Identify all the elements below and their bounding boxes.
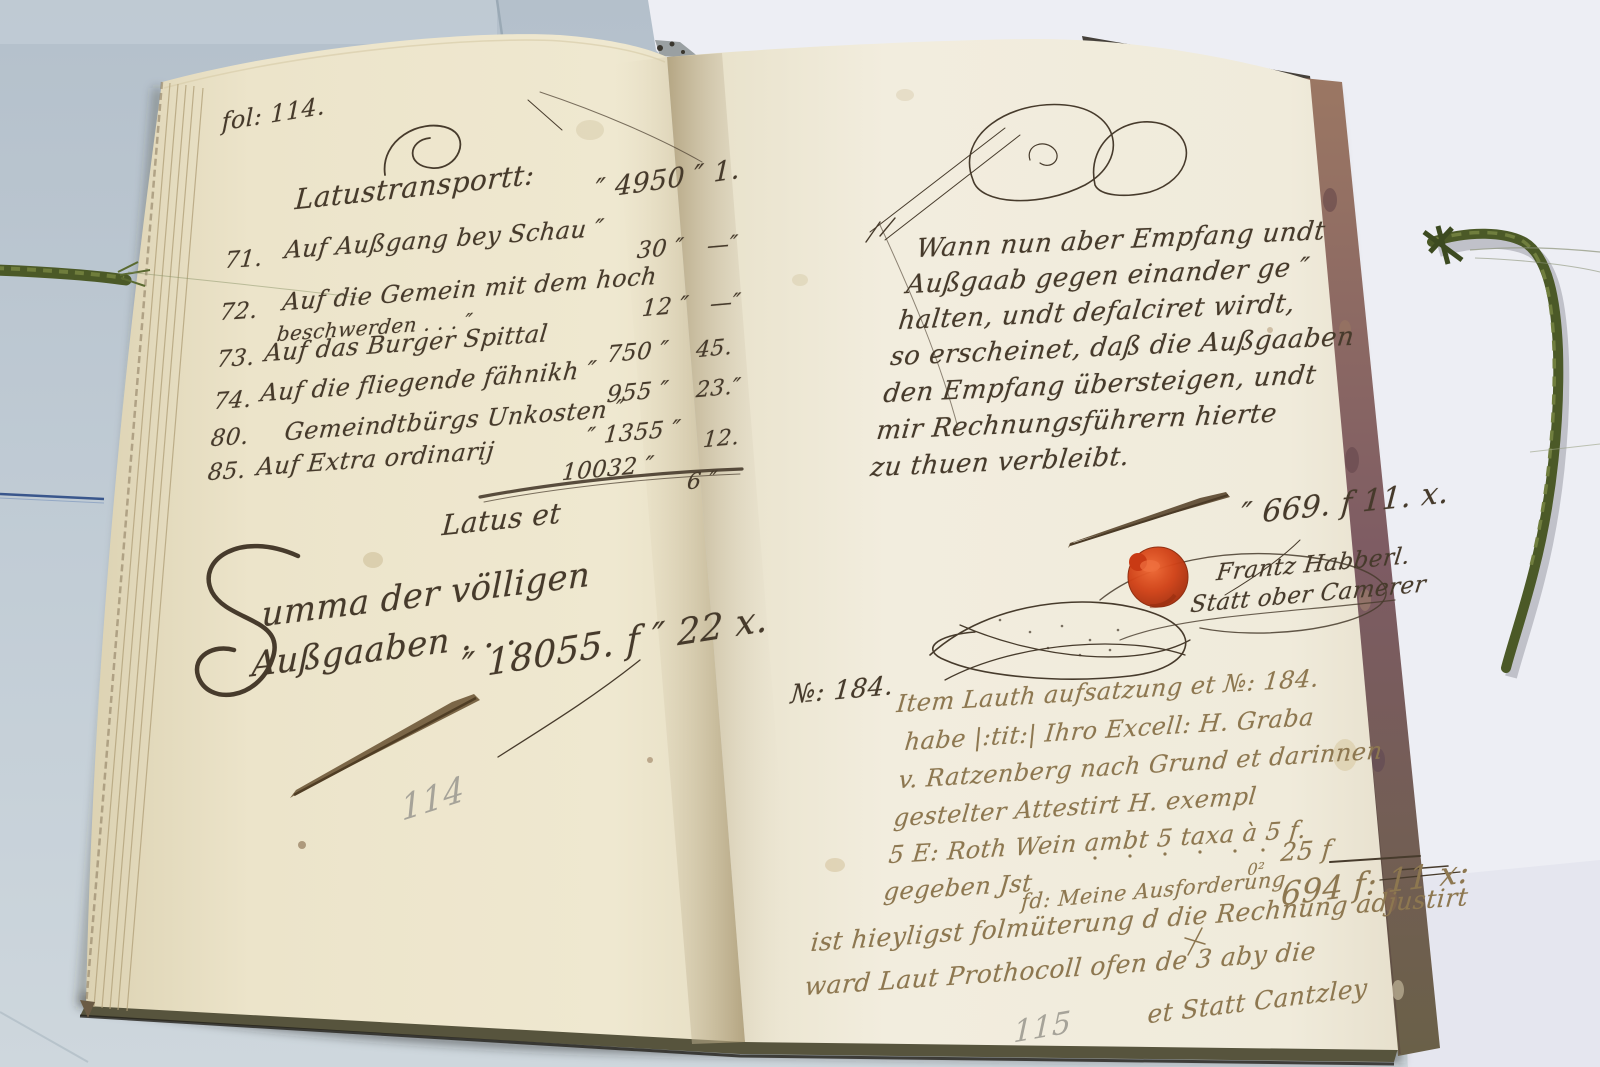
- handwriting-layer: fol: 114. Latustransportt: ″ 4950 ″ 1. 7…: [0, 0, 1600, 1067]
- latus-top-value: ″ 4950 ″ 1.: [595, 156, 740, 204]
- entry-text: Auf die Gemein mit dem hoch: [281, 264, 658, 314]
- entry-amount: 750 ″: [606, 339, 670, 368]
- entry-kreuzer: 23.″: [695, 376, 742, 402]
- balance-value: ″ 669. f 11. x.: [1240, 478, 1450, 530]
- entry-no: 72.: [219, 299, 259, 325]
- closing-line: et Statt Cantzley: [1147, 975, 1368, 1027]
- paragraph-line: mir Rechnungsführern hierte: [875, 401, 1278, 445]
- latus-bottom: Latus et: [441, 499, 562, 540]
- entry-no: 85.: [207, 459, 247, 485]
- entry-no: 80.: [210, 425, 250, 451]
- entry-amount: ″ 1355 ″: [586, 418, 682, 449]
- entry-text: Gemeindtbürgs Unkosten ″: [283, 396, 626, 444]
- latus-top-label: Latustransportt:: [294, 161, 535, 215]
- entry-no: 74.: [213, 388, 253, 414]
- entry-text: Auf die fliegende fähnikh ″: [259, 358, 597, 406]
- entry-text: Auf Außgang bey Schau ″: [283, 216, 605, 263]
- folio-label: fol: 114.: [222, 94, 326, 135]
- summa-line1: umma der völligen: [261, 558, 590, 633]
- pencil-folio-left: 114: [400, 771, 466, 826]
- margin-number: №: 184.: [790, 673, 895, 708]
- entry-kreuzer: —″: [706, 233, 739, 258]
- entry-amount: 30 ″: [636, 236, 685, 263]
- entry-kreuzer: 45.: [695, 337, 733, 362]
- entry-amount: 12 ″: [641, 294, 690, 321]
- entry-kreuzer: —″: [709, 291, 742, 316]
- entry-kreuzer: 6 ″: [686, 469, 719, 494]
- receipt-amount: 25 f: [1280, 836, 1333, 865]
- photo-of-manuscript-book: fol: 114. Latustransportt: ″ 4950 ″ 1. 7…: [0, 0, 1600, 1067]
- pencil-folio-right: 115: [1013, 1008, 1072, 1049]
- entry-no: 71.: [224, 247, 264, 273]
- receipt-line: gegeben Jst: [883, 871, 1034, 904]
- entry-no: 73.: [216, 346, 256, 372]
- entry-kreuzer: 12.: [702, 427, 740, 452]
- paragraph-line: zu thuen verbleibt.: [869, 444, 1131, 481]
- entry-amount: 10032 ″: [561, 454, 655, 485]
